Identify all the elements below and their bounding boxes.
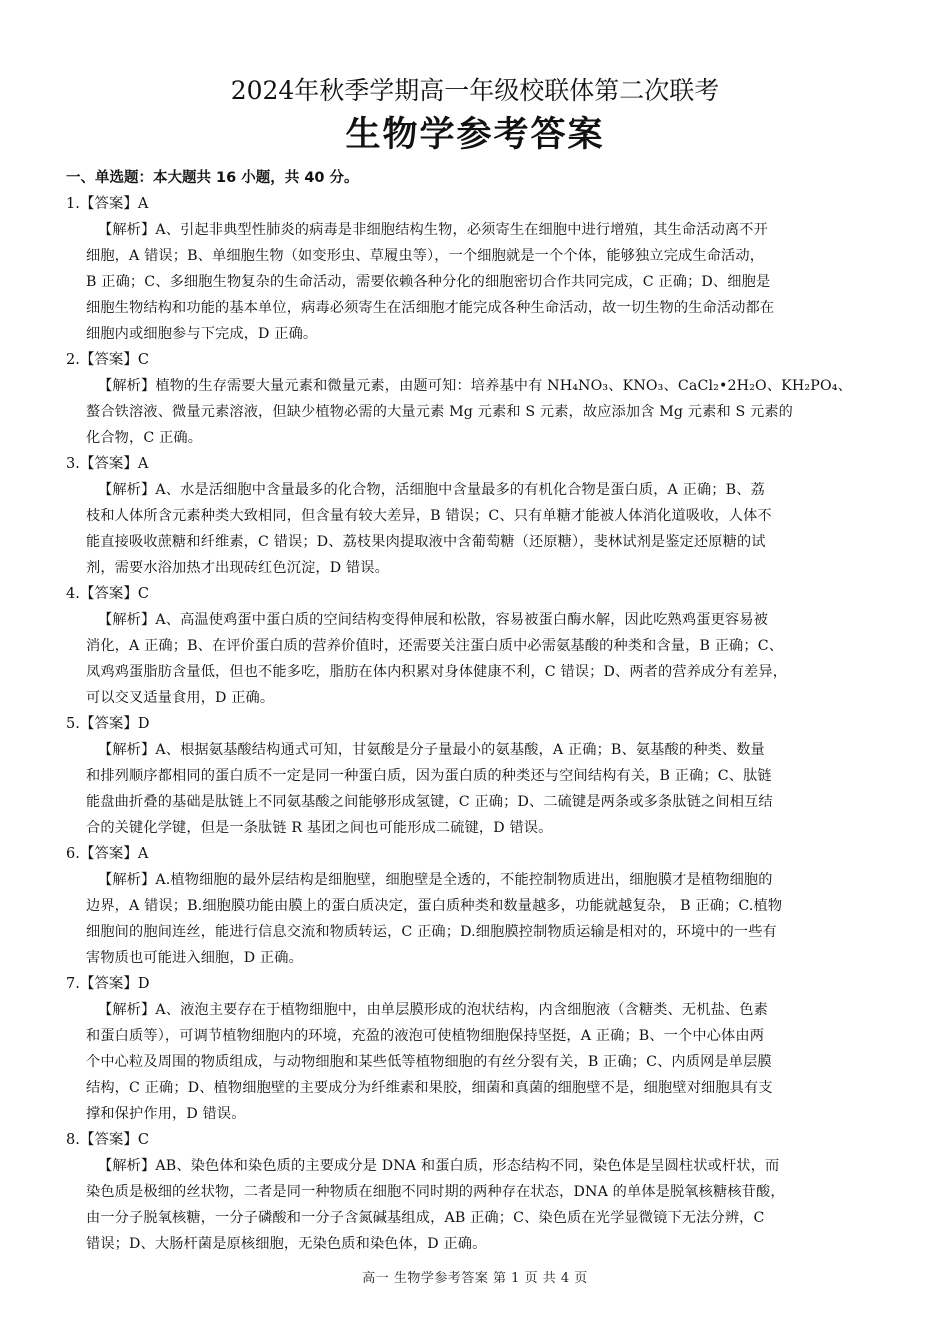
explanation-line: 【解析】A、引起非典型性肺炎的病毒是非细胞结构生物，必须寄生在细胞中进行增殖，其…	[84, 217, 886, 243]
question-item: 6.【答案】A 【解析】A.植物细胞的最外层结构是细胞壁，细胞壁是全透的，不能控…	[66, 841, 886, 971]
question-item: 1.【答案】A 【解析】A、引起非典型性肺炎的病毒是非细胞结构生物，必须寄生在细…	[66, 191, 886, 347]
answer-label: 1.【答案】A	[66, 191, 886, 217]
question-item: 3.【答案】A 【解析】A、水是活细胞中含量最多的化合物，活细胞中含量最多的有机…	[66, 451, 886, 581]
answer-label: 8.【答案】C	[66, 1127, 886, 1153]
explanation-line: 消化，A 正确；B、在评价蛋白质的营养价值时，还需要关注蛋白质中必需氨基酸的种类…	[86, 633, 886, 659]
explanation-line: 细胞间的胞间连丝，能进行信息交流和物质转运，C 正确；D.细胞膜控制物质运输是相…	[86, 919, 886, 945]
explanation-line: 染色质是极细的丝状物，二者是同一种物质在细胞不同时期的两种存在状态，DNA 的单…	[86, 1179, 886, 1205]
explanation-line: 枝和人体所含元素种类大致相同，但含量有较大差异，B 错误；C、只有单糖才能被人体…	[86, 503, 886, 529]
explanation-line: 细胞生物结构和功能的基本单位，病毒必须寄生在活细胞才能完成各种生命活动，故一切生…	[86, 295, 886, 321]
answer-label: 3.【答案】A	[66, 451, 886, 477]
question-item: 2.【答案】C 【解析】植物的生存需要大量元素和微量元素，由题可知：培养基中有 …	[66, 347, 886, 451]
question-item: 8.【答案】C 【解析】AB、染色体和染色质的主要成分是 DNA 和蛋白质，形态…	[66, 1127, 886, 1257]
answer-label: 4.【答案】C	[66, 581, 886, 607]
explanation-line: 【解析】A、高温使鸡蛋中蛋白质的空间结构变得伸展和松散，容易被蛋白酶水解，因此吃…	[84, 607, 886, 633]
document-page: 2024年秋季学期高一年级校联体第二次联考 生物学参考答案 一、单选题：本大题共…	[0, 0, 950, 1344]
explanation: 【解析】A、引起非典型性肺炎的病毒是非细胞结构生物，必须寄生在细胞中进行增殖，其…	[66, 217, 886, 347]
explanation: 【解析】A、高温使鸡蛋中蛋白质的空间结构变得伸展和松散，容易被蛋白酶水解，因此吃…	[66, 607, 886, 711]
explanation-line: 可以交叉适量食用，D 正确。	[86, 685, 886, 711]
explanation-line: 和蛋白质等），可调节植物细胞内的环境，充盈的液泡可使植物细胞保持坚挺，A 正确；…	[86, 1023, 886, 1049]
explanation: 【解析】A、液泡主要存在于植物细胞中，由单层膜形成的泡状结构，内含细胞液（含糖类…	[66, 997, 886, 1127]
explanation-line: 合的关键化学键，但是一条肽链 R 基团之间也可能形成二硫键，D 错误。	[86, 815, 886, 841]
question-item: 7.【答案】D 【解析】A、液泡主要存在于植物细胞中，由单层膜形成的泡状结构，内…	[66, 971, 886, 1127]
explanation-line: 【解析】A、液泡主要存在于植物细胞中，由单层膜形成的泡状结构，内含细胞液（含糖类…	[84, 997, 886, 1023]
explanation-line: 【解析】植物的生存需要大量元素和微量元素，由题可知：培养基中有 NH₄NO₃、K…	[84, 373, 886, 399]
explanation-line: B 正确；C、多细胞生物复杂的生命活动，需要依赖各种分化的细胞密切合作共同完成，…	[86, 269, 886, 295]
explanation-line: 撑和保护作用，D 错误。	[86, 1101, 886, 1127]
explanation-line: 剂，需要水浴加热才出现砖红色沉淀，D 错误。	[86, 555, 886, 581]
explanation-line: 【解析】A.植物细胞的最外层结构是细胞壁，细胞壁是全透的，不能控制物质进出，细胞…	[84, 867, 886, 893]
explanation: 【解析】植物的生存需要大量元素和微量元素，由题可知：培养基中有 NH₄NO₃、K…	[66, 373, 886, 451]
explanation-line: 由一分子脱氧核糖，一分子磷酸和一分子含氮碱基组成，AB 正确；C、染色质在光学显…	[86, 1205, 886, 1231]
explanation-line: 结构，C 正确；D、植物细胞壁的主要成分为纤维素和果胶，细菌和真菌的细胞壁不是，…	[86, 1075, 886, 1101]
explanation-line: 凤鸡鸡蛋脂肪含量低，但也不能多吃，脂肪在体内积累对身体健康不利，C 错误；D、两…	[86, 659, 886, 685]
answer-label: 2.【答案】C	[66, 347, 886, 373]
exam-subtitle: 2024年秋季学期高一年级校联体第二次联考	[0, 76, 950, 106]
explanation-line: 细胞，A 错误；B、单细胞生物（如变形虫、草履虫等），一个细胞就是一个个体，能够…	[86, 243, 886, 269]
explanation-line: 和排列顺序都相同的蛋白质不一定是同一种蛋白质，因为蛋白质的种类还与空间结构有关，…	[86, 763, 886, 789]
explanation-line: 【解析】A、水是活细胞中含量最多的化合物，活细胞中含量最多的有机化合物是蛋白质，…	[84, 477, 886, 503]
question-item: 5.【答案】D 【解析】A、根据氨基酸结构通式可知，甘氨酸是分子量最小的氨基酸，…	[66, 711, 886, 841]
explanation-line: 螯合铁溶液、微量元素溶液，但缺少植物必需的大量元素 Mg 元素和 S 元素，故应…	[86, 399, 886, 425]
explanation-line: 边界，A 错误；B.细胞膜功能由膜上的蛋白质决定，蛋白质种类和数量越多，功能就越…	[86, 893, 886, 919]
explanation-line: 个中心粒及周围的物质组成，与动物细胞和某些低等植物细胞的有丝分裂有关，B 正确；…	[86, 1049, 886, 1075]
section-heading: 一、单选题：本大题共 16 小题，共 40 分。	[66, 168, 359, 188]
page-title: 生物学参考答案	[0, 113, 950, 157]
explanation-line: 能直接吸收蔗糖和纤维素，C 错误；D、荔枝果肉提取液中含葡萄糖（还原糖），斐林试…	[86, 529, 886, 555]
explanation-line: 【解析】A、根据氨基酸结构通式可知，甘氨酸是分子量最小的氨基酸，A 正确；B、氨…	[84, 737, 886, 763]
explanation-line: 能盘曲折叠的基础是肽链上不同氨基酸之间能够形成氢键，C 正确；D、二硫键是两条或…	[86, 789, 886, 815]
explanation: 【解析】A.植物细胞的最外层结构是细胞壁，细胞壁是全透的，不能控制物质进出，细胞…	[66, 867, 886, 971]
answer-list: 1.【答案】A 【解析】A、引起非典型性肺炎的病毒是非细胞结构生物，必须寄生在细…	[66, 191, 886, 1257]
explanation-line: 【解析】AB、染色体和染色质的主要成分是 DNA 和蛋白质，形态结构不同，染色体…	[84, 1153, 886, 1179]
explanation: 【解析】AB、染色体和染色质的主要成分是 DNA 和蛋白质，形态结构不同，染色体…	[66, 1153, 886, 1257]
explanation: 【解析】A、水是活细胞中含量最多的化合物，活细胞中含量最多的有机化合物是蛋白质，…	[66, 477, 886, 581]
answer-label: 7.【答案】D	[66, 971, 886, 997]
question-item: 4.【答案】C 【解析】A、高温使鸡蛋中蛋白质的空间结构变得伸展和松散，容易被蛋…	[66, 581, 886, 711]
explanation-line: 错误；D、大肠杆菌是原核细胞，无染色质和染色体，D 正确。	[86, 1231, 886, 1257]
answer-label: 5.【答案】D	[66, 711, 886, 737]
explanation-line: 细胞内或细胞参与下完成，D 正确。	[86, 321, 886, 347]
explanation-line: 害物质也可能进入细胞，D 正确。	[86, 945, 886, 971]
explanation-line: 化合物，C 正确。	[86, 425, 886, 451]
answer-label: 6.【答案】A	[66, 841, 886, 867]
page-footer: 高一 生物学参考答案 第 1 页 共 4 页	[0, 1270, 950, 1288]
explanation: 【解析】A、根据氨基酸结构通式可知，甘氨酸是分子量最小的氨基酸，A 正确；B、氨…	[66, 737, 886, 841]
